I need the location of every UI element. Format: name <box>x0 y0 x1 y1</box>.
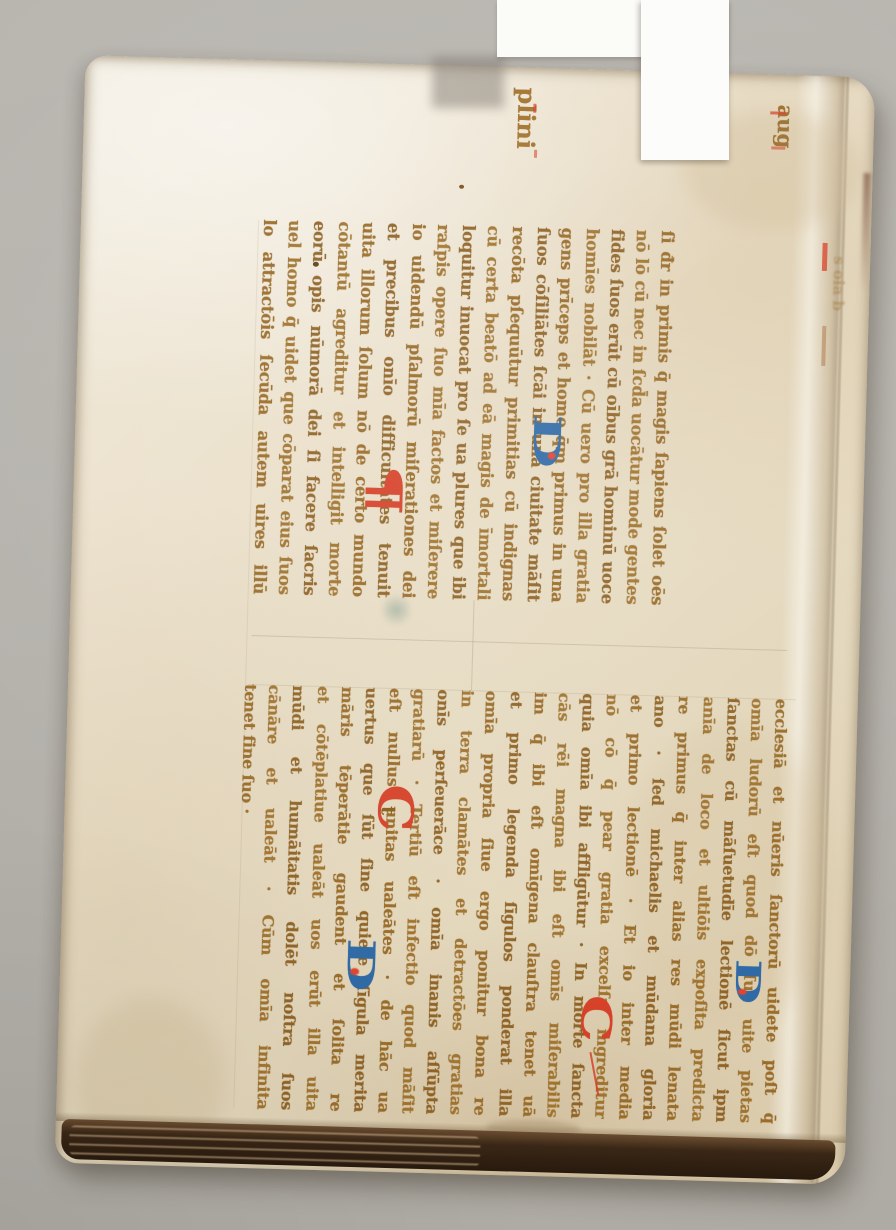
red-stroke <box>771 146 785 149</box>
edge-red-bar <box>822 243 828 271</box>
ink-speck <box>313 262 319 267</box>
initial-lower-blue-2: D <box>729 959 764 1005</box>
text-column-upper: ſi đr in primis q̄ magis ſapiens ſolet o… <box>246 219 679 606</box>
red-stroke <box>770 111 786 114</box>
text-column-upper-lines: ſi đr in primis q̄ magis ſapiens ſolet o… <box>246 219 679 606</box>
initial-upper-blue: D <box>527 414 565 469</box>
red-tick <box>533 104 536 113</box>
white-card-lower <box>641 0 729 160</box>
text-column-lower: ecclesiā et nūeris ſanctorū uidete poſt … <box>226 684 793 1124</box>
initial-red-accent <box>738 989 747 995</box>
photo-surface: ſi đr in primis q̄ magis ſapiens ſolet o… <box>0 0 896 1230</box>
ink-speck <box>459 185 464 189</box>
marginalia-plini: plini <box>513 87 539 149</box>
red-tick <box>534 150 537 158</box>
edge-shadow-wedge <box>432 56 504 108</box>
manuscript-book: ſi đr in primis q̄ magis ſapiens ſolet o… <box>55 55 876 1185</box>
initial-upper-red-pilcrow: ¶ <box>362 463 408 518</box>
initial-lower-red-1-inner: t <box>379 806 399 816</box>
initial-lower-blue-1: D <box>340 938 379 992</box>
fore-edge-title: s oia b <box>830 256 847 311</box>
teal-smudge <box>381 591 412 630</box>
text-column-lower-lines: ecclesiā et nūeris ſanctorū uidete poſt … <box>226 684 793 1124</box>
initial-lower-red-2: C <box>575 994 618 1043</box>
initial-red-accent <box>350 968 359 975</box>
